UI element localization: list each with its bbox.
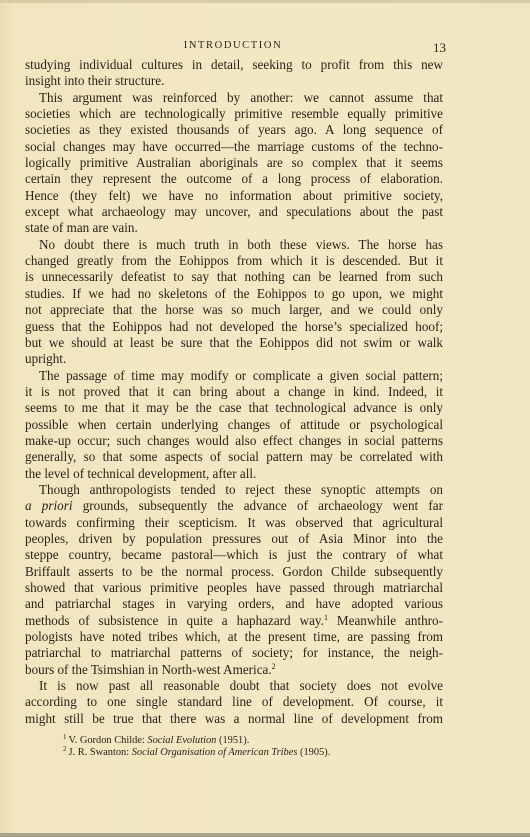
paragraph-continued: studying individual cultures in detail, … [25,57,443,90]
text-line: but we should at least be sure that the … [25,335,443,351]
running-head: INTRODUCTION 13 [24,40,442,54]
text-line: the level of technical development, afte… [25,466,443,482]
text-line: towards confirming their scepticism. It … [25,515,443,531]
footnotes: 1V. Gordon Childe: Social Evolution (195… [63,735,403,760]
footnote-author: J. R. Swanton: [69,747,132,758]
text-line: seems to me that it may be the case that… [25,400,443,416]
text-line: changed greatly from the Eohippos from w… [25,253,443,269]
text-line: logically primitive Australian aborigina… [25,155,443,171]
text-line: guess that the Eohippos had not develope… [25,319,443,335]
footnote-2: 2J. R. Swanton: Social Organisation of A… [63,747,403,759]
book-page: INTRODUCTION 13 studying individual cult… [0,0,530,837]
paragraph-anthropologists: Though anthropologists tended to reject … [25,482,443,678]
footnote-title: Social Evolution [147,735,216,746]
text-fragment: grounds, subsequently the advance of arc… [72,498,443,513]
footnote-year: (1905). [297,747,330,758]
text-line: not appreciate that the horse was so muc… [25,302,443,318]
footnote-title: Social Organisation of American Tribes [132,747,298,758]
text-line: state of man are vain. [25,220,443,236]
footnote-1: 1V. Gordon Childe: Social Evolution (195… [63,735,403,747]
text-line: methods of subsistence in quite a haphaz… [25,613,443,629]
running-title: INTRODUCTION [24,40,442,51]
footnote-ref-2[interactable]: 2 [272,662,276,671]
text-line: make-up occur; such changes would also e… [25,433,443,449]
text-line: pologists have noted tribes which, at th… [25,629,443,645]
body-text: studying individual cultures in detail, … [25,57,443,727]
italic-phrase: a priori [25,498,72,513]
text-fragment: Meanwhile anthro- [328,613,443,628]
text-line: and patriarchal stages in varying orders… [25,596,443,612]
text-line: except what archaeology may uncover, and… [25,204,443,220]
text-line: certain they represent the outcome of a … [25,171,443,187]
paragraph-conclusion: It is now past all reasonable doubt that… [25,678,443,727]
text-line: generally, so that some aspects of socia… [25,449,443,465]
paragraph-argument: This argument was reinforced by another:… [25,90,443,237]
text-line: upright. [25,351,443,367]
text-line: a priori grounds, subsequently the advan… [25,498,443,514]
footnote-marker: 2 [63,745,67,753]
text-line: steppe country, became pastoral—which is… [25,547,443,563]
paragraph-eohippos: No doubt there is much truth in both the… [25,237,443,368]
text-line: societies which are technologically prim… [25,106,443,122]
text-line: according to one single standard line of… [25,694,443,710]
paragraph-passage-of-time: The passage of time may modify or compli… [25,368,443,482]
text-fragment: methods of subsistence in quite a haphaz… [25,613,324,628]
text-line: societies as they existed thousands of y… [25,122,443,138]
text-line: Though anthropologists tended to reject … [25,482,443,498]
text-line: The passage of time may modify or compli… [25,368,443,384]
text-line: it is not proved that it can bring about… [25,384,443,400]
footnote-author: V. Gordon Childe: [69,735,148,746]
text-line: is unnecessarily defeatist to say that n… [25,269,443,285]
text-line: Hence (they felt) we have no information… [25,188,443,204]
text-line: It is now past all reasonable doubt that… [25,678,443,694]
text-line: insight into their structure. [25,73,443,89]
text-line: studying individual cultures in detail, … [25,57,443,73]
text-line: social changes may have occurred—the mar… [25,139,443,155]
text-line: Briffault asserts to be the normal proce… [25,564,443,580]
text-fragment: bours of the Tsimshian in North-west Ame… [25,662,272,677]
text-line: showed that various primitive peoples ha… [25,580,443,596]
text-line: This argument was reinforced by another:… [25,90,443,106]
page-number: 13 [433,40,446,56]
text-line: No doubt there is much truth in both the… [25,237,443,253]
text-line: patriarchal to matriarchal patterns of s… [25,645,443,661]
text-line: bours of the Tsimshian in North-west Ame… [25,662,443,678]
text-line: might still be true that there was a nor… [25,711,443,727]
text-line: studies. If we had no skeletons of the E… [25,286,443,302]
footnote-year: (1951). [216,735,249,746]
text-line: possible when certain underlying changes… [25,417,443,433]
text-line: peoples, driven by population pressures … [25,531,443,547]
footnote-marker: 1 [63,733,67,741]
